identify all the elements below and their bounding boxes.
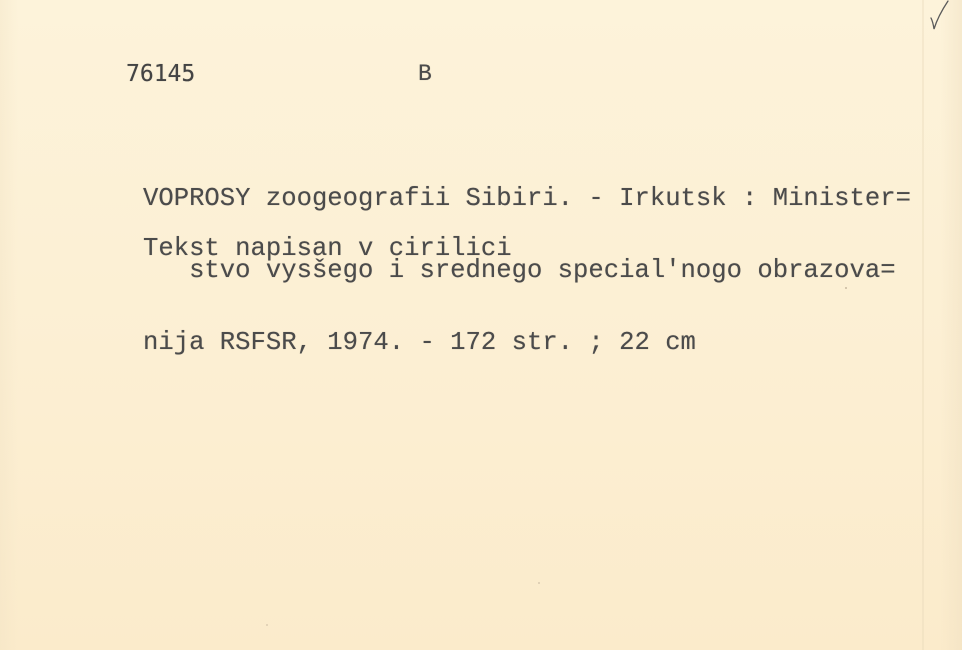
catalog-card: 76145 B VOPROSY zoogeografii Sibiri. - I… — [0, 0, 962, 650]
collection-mark: B — [418, 62, 432, 86]
card-fold-line — [922, 0, 924, 650]
paper-speck — [266, 624, 268, 626]
entry-line-description: nija RSFSR, 1974. - 172 str. ; 22 cm — [143, 331, 911, 355]
entry-line-title: VOPROSY zoogeografii Sibiri. - Irkutsk :… — [143, 187, 911, 211]
paper-speck — [845, 287, 847, 289]
language-note: Tekst napisan v cirilici — [143, 237, 512, 261]
bibliographic-entry: VOPROSY zoogeografii Sibiri. - Irkutsk :… — [143, 139, 911, 403]
accession-number: 76145 — [126, 62, 195, 86]
check-mark-icon — [926, 0, 950, 32]
paper-speck — [538, 582, 540, 584]
